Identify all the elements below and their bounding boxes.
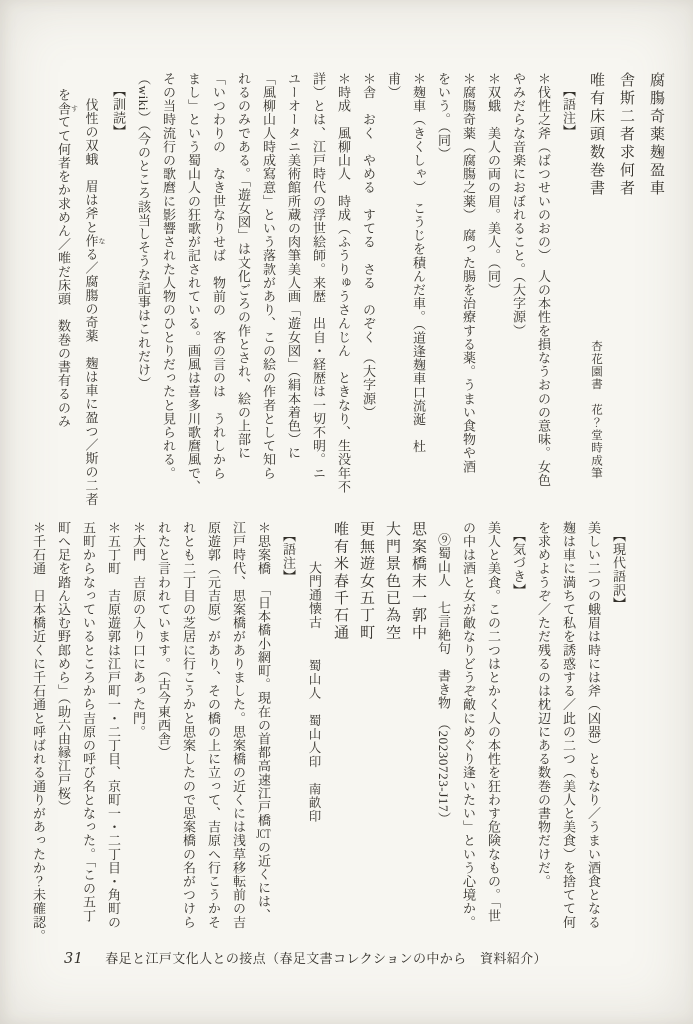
glossary2-shian-column: ＊思案橋 「日本橋小網町。現在の首都高速江戸橋JCTの近くには、 [251,521,276,967]
kanshi2-line-1: 思案橋末一郭中 [405,521,431,967]
kanshi2-line-2: 大門景色已為空 [379,521,405,967]
translation-heading: 【現代語訳】 [606,521,631,967]
item-label: ⑨蜀山人 七言絶句 書き物 （20230723-J17） [431,521,456,967]
glossary-column: 「風柳山人時成寫意」という落款があり、この絵の作者として知ら [256,72,281,504]
kundoku-line-2-post: てて何者をか求めん／唯だ床頭 数巻の書有るのみ [56,115,71,428]
kanshi2-signature: 蜀山人 蜀山人印 南畝印 [307,659,321,823]
glossary-column: ＊腐膓奇薬（腐膓之薬） 腐った腸を治療する薬。うまい食物や酒 [456,72,481,504]
glossary2-heading: 【語注】 [276,521,301,967]
kundoku-line-1-pre: 伐性の双蛾 眉は斧と [84,98,99,234]
kanshi2-title: 大門通懐古 [307,561,322,629]
glossary2-column: れとも二丁目の芝居に行こうかと思案したので思案橋の名がつけら [176,521,201,967]
glossary-column: ＊麹車（きくしゃ） こうじを積んだ車。（道逢麹車口流涎 杜 [406,72,431,504]
kundoku-line-2-pre: を [56,88,71,102]
kundoku-line-1: 伐性の双蛾 眉は斧と作なる／腐膓の奇薬 麹は車に盈つ／斯の二者 [79,72,107,504]
glossary2-column: 江戸時代、思案橋がありました。思案橋の近くには浅草移転前の吉 [226,521,251,967]
glossary-column: まし」という蜀山人の狂歌が記されている。画風は喜多川歌麿風で、 [181,72,206,504]
shian-post: の近くには、 [256,840,271,922]
shian-pre: ＊思案橋 「日本橋小網町。現在の首都高速江戸橋 [256,521,271,827]
glossary2-column: 町へ足を踏ん込む野郎めら」（助六由縁江戸桜） [51,521,76,967]
kanshi-line-3: 唯有床頭数巻書杏花園書 花？堂時成筆 [581,72,611,504]
kanshi-line-2: 舎斯二者求何者 [611,72,641,504]
glossary-column: ＊舎 おく やめる すてる さる のぞく （大字源） [356,72,381,504]
kanshi-line-1: 腐膓奇薬麹盈車 [641,72,671,504]
page-footer: 31 春足と江戸文化人との接点（春足文書コレクションの中から 資料紹介） [64,948,547,967]
colophon: 杏花園書 花？堂時成筆 [590,340,602,480]
kundoku-ruby-2: 舎す [56,102,71,116]
kanshi-line-3-text: 唯有床頭数巻書 [588,72,604,198]
kundoku-ruby-1: 作な [84,234,99,248]
glossary-column: （wiki）（今のところ該当しそうな記事はこれだけ） [131,72,156,504]
kizuki-column: 美人と美食。この二つはとかく人の本性を狂わす危険なもの。「世 [481,521,506,967]
glossary-column: 「いつわりの なき世なりせば 物前の 客の言のは うれしから [206,72,231,504]
translation-column: を求めようぞ／ただ残るのは枕辺にある数巻の書物だけだ。 [531,521,556,967]
glossary2-column: ＊五丁町 吉原遊郭は江戸町一・二丁目、京町一・二丁目・角町の [101,521,126,967]
kundoku-line-2: を舎すてて何者をか求めん／唯だ床頭 数巻の書有るのみ [51,72,79,504]
ruby-text: す [71,102,79,116]
glossary-column: ＊時成 風柳山人 時成（ふうりゅうさんじん ときなり、生没年不 [331,72,356,504]
kanshi2-line-3: 更無遊女五丁町 [353,521,379,967]
glossary-column: ＊伐性之斧（ばつせいのおの） 人の本性を損なうおのの意味。女色 [531,72,556,504]
ruby-text: な [98,234,106,248]
scanned-document-page: 腐膓奇薬麹盈車 舎斯二者求何者 唯有床頭数巻書杏花園書 花？堂時成筆 【語注】 … [0,0,693,1024]
glossary2-column: ＊千石通 日本橋近くに千石通と呼ばれる通りがあったか？未確認。 [26,521,51,967]
glossary-column: ユーオータニ美術館所蔵の肉筆美人画「遊女図」（絹本着色）に [281,72,306,504]
glossary2-column: 五町からなっているところから吉原の呼び名となった。「この五丁 [76,521,101,967]
glossary-column: その当時流行の歌麿に影響された人物のひとりだったと見られる。 [156,72,181,504]
glossary2-column: 原遊郭（元吉原）があり、その橋の上に立って、吉原へ行こうかそ [201,521,226,967]
kizuki-column: の中は酒と女が敵なりどうぞ敵にめぐり逢いたい」という心境か。 [456,521,481,967]
glossary-column: 詳）とは、江戸時代の浮世絵師。来歴 出自・経歴は一切不明。ニ [306,72,331,504]
glossary-column: れるのみである。「遊女図」は文化ごろの作とされ、絵の上部に [231,72,256,504]
glossary-column: ＊双蛾 美人の両の眉。美人。（同） [481,72,506,504]
kanshi2-line-4: 唯有米春千石通 [327,521,353,967]
ruby-base: 舎 [56,102,71,116]
glossary-column: 甫） [381,72,406,504]
upper-text-block: 腐膓奇薬麹盈車 舎斯二者求何者 唯有床頭数巻書杏花園書 花？堂時成筆 【語注】 … [51,72,671,504]
kundoku-heading: 【訓読】 [106,72,131,504]
page-number: 31 [64,951,83,967]
glossary-column: やみだらな音楽におぼれること。（大字源） [506,72,531,504]
translation-column: 美しい二つの蛾眉は時には斧（凶器）ともなり／うまい酒食となる [581,521,606,967]
footer-caption: 春足と江戸文化人との接点（春足文書コレクションの中から 資料紹介） [105,948,547,967]
kizuki-heading: 【気づき】 [506,521,531,967]
shian-tcy: JCT [256,827,271,840]
lower-text-block: 【現代語訳】 美しい二つの蛾眉は時には斧（凶器）ともなり／うまい酒食となる 麹は… [26,521,631,967]
translation-column: 麹は車に満ちて私を誘惑する／此の二つ（美人と美食）を捨てて何 [556,521,581,967]
kanshi2-title-column: 大門通懐古蜀山人 蜀山人印 南畝印 [301,521,327,967]
glossary2-column: れたと言われています。（古今東西舎） [151,521,176,967]
glossary2-column: ＊大門 吉原の入り口にあった門。 [126,521,151,967]
glossary-heading: 【語注】 [556,72,581,504]
kundoku-line-1-post: る／腐膓の奇薬 麹は車に盈つ／斯の二者 [84,248,99,506]
ruby-base: 作 [84,234,99,248]
glossary-column: をいう。（同） [431,72,456,504]
